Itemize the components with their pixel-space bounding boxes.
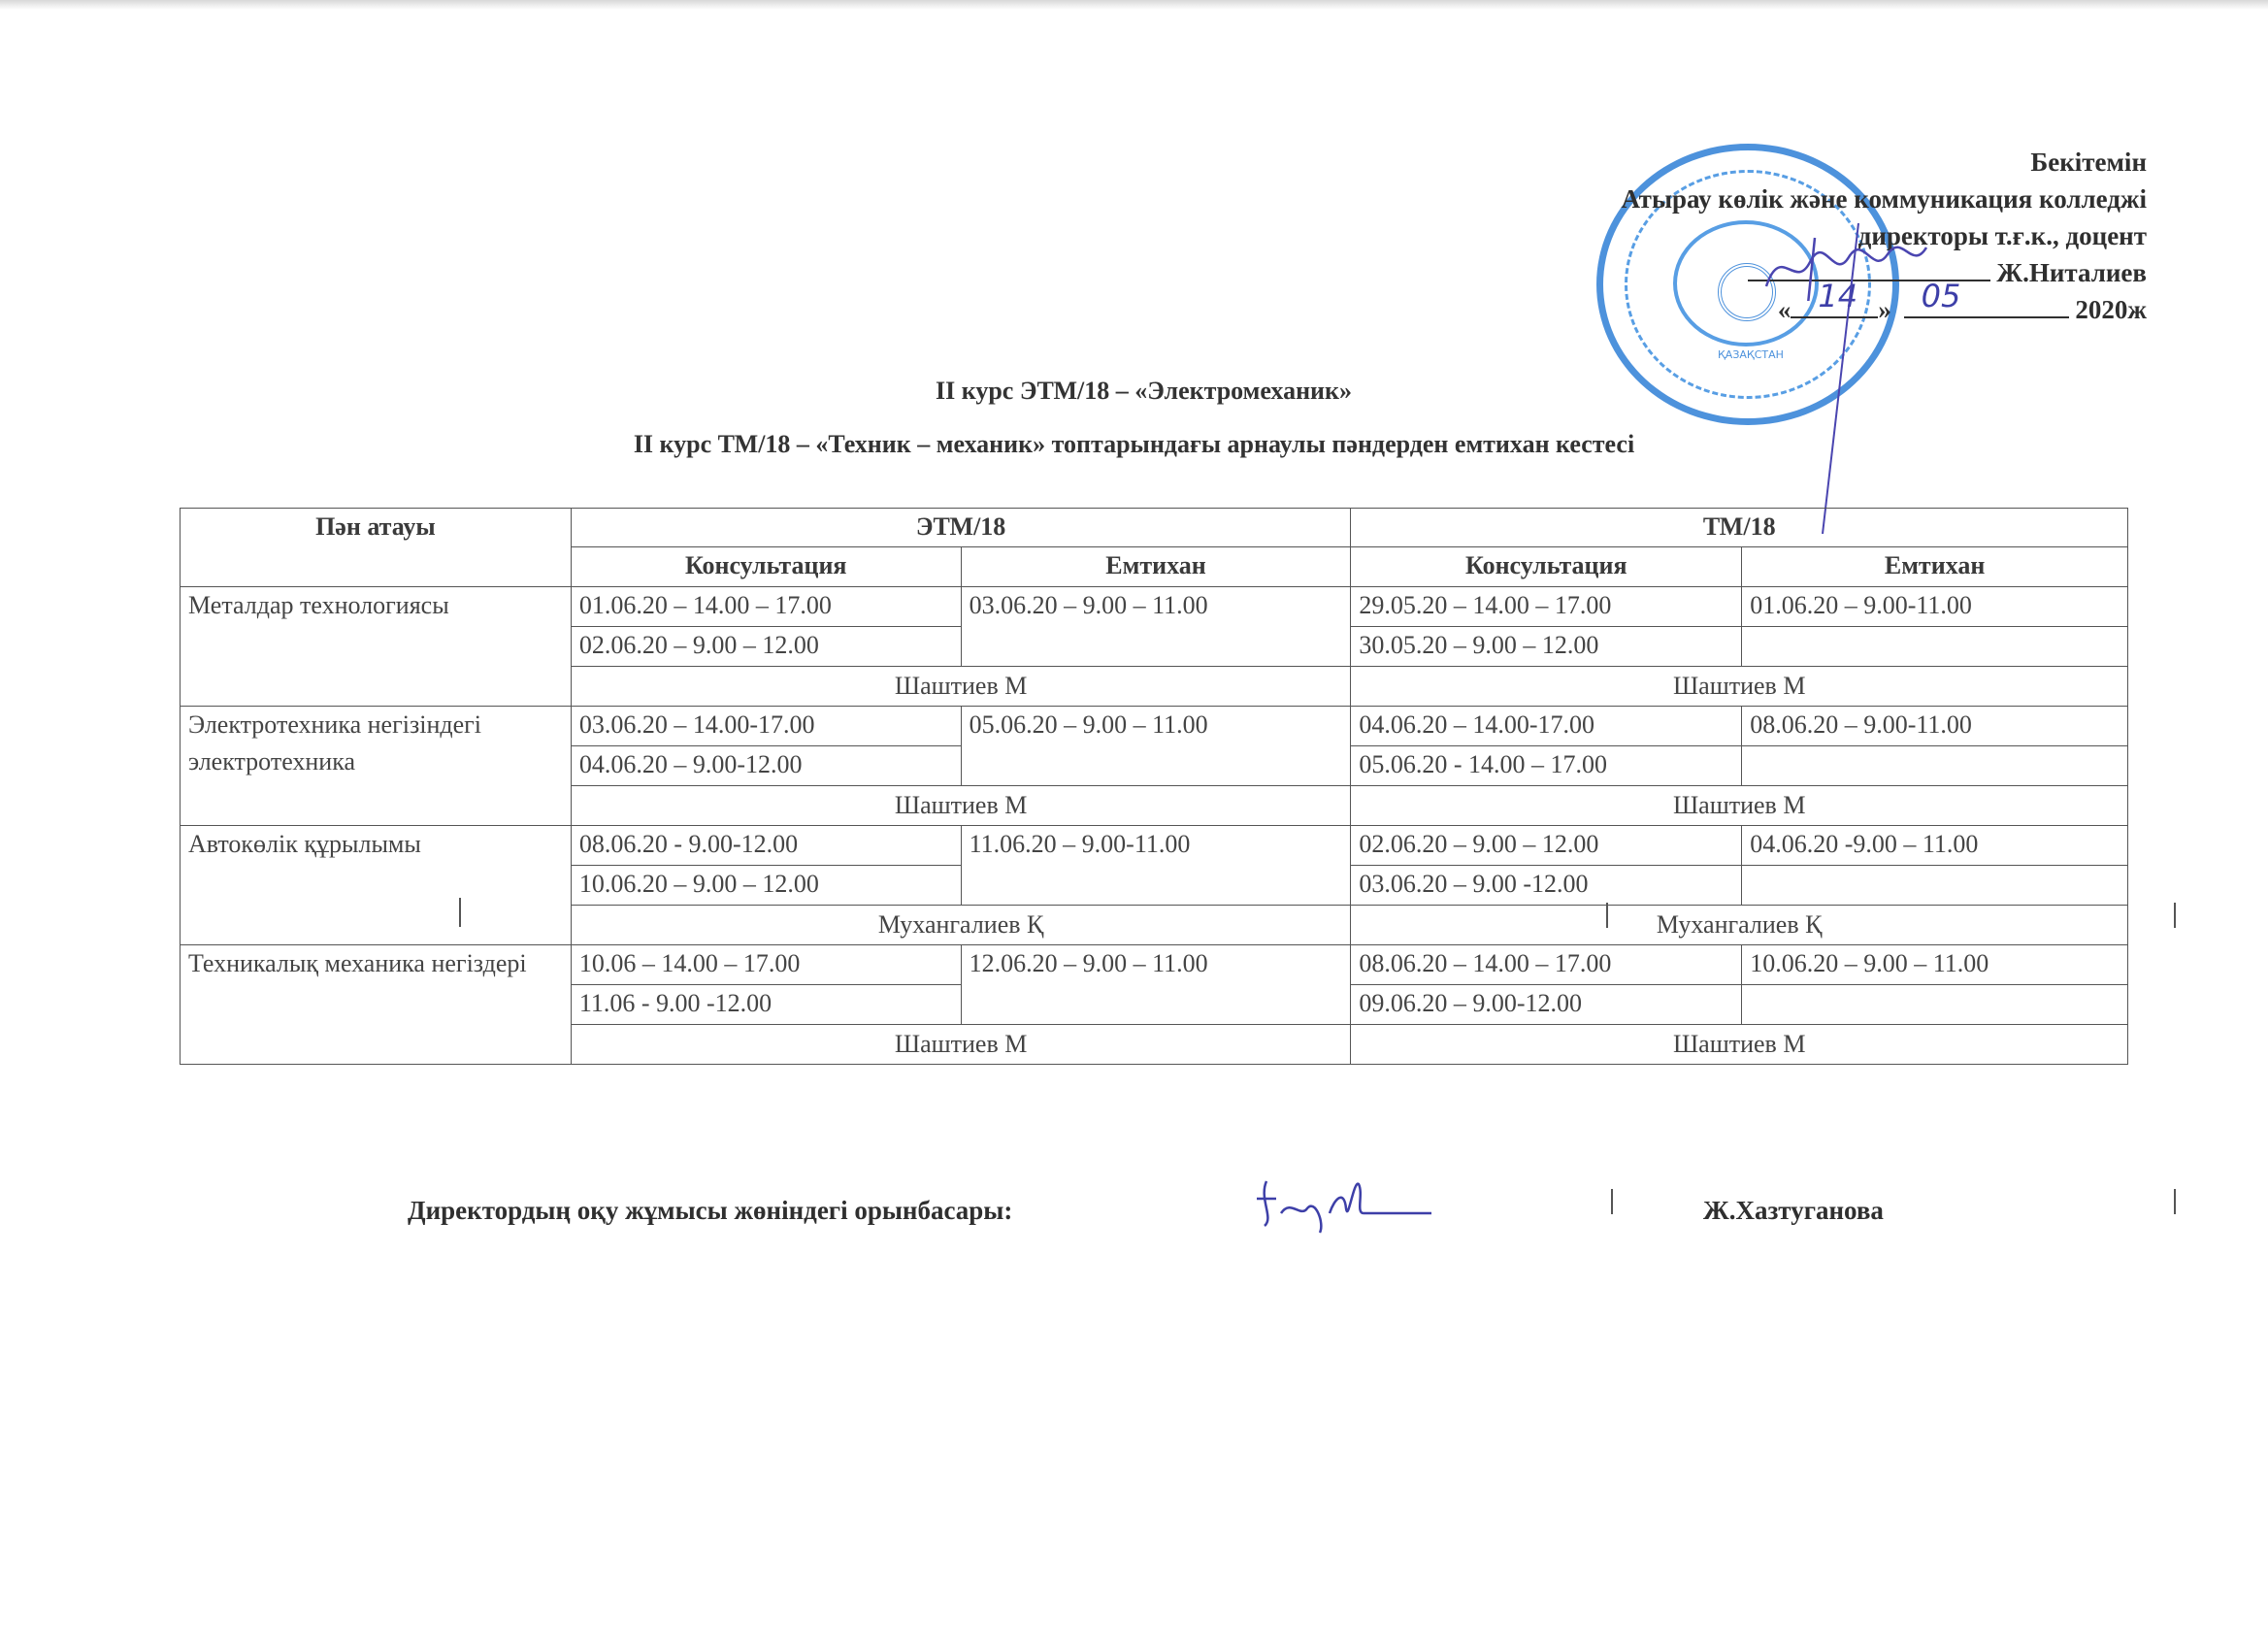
scan-mark <box>1611 1189 1613 1214</box>
scan-mark <box>2174 903 2176 928</box>
subject-name: Техникалық механика негіздері <box>181 945 572 1065</box>
exam-schedule-table: Пән атауы ЭТМ/18 ТМ/18 Консультация Емти… <box>180 508 2128 1065</box>
tm-exam-empty <box>1742 627 2128 667</box>
header-tm-exam: Емтихан <box>1742 547 2128 587</box>
etm-consultation-1: 10.06 – 14.00 – 17.00 <box>571 945 961 985</box>
subject-name: Электротехника негізіндегі электротехник… <box>181 707 572 826</box>
etm-exam: 11.06.20 – 9.00-11.00 <box>961 826 1351 906</box>
stamp-center-text: ҚАЗАҚСТАН <box>1718 348 1784 361</box>
tm-teacher: Шаштиев М <box>1351 786 2128 826</box>
tm-consultation-1: 08.06.20 – 14.00 – 17.00 <box>1351 945 1742 985</box>
etm-teacher: Мухангалиев Қ <box>571 906 1351 945</box>
etm-consultation-1: 08.06.20 - 9.00-12.00 <box>571 826 961 866</box>
subject-row: Электротехника негізіндегі электротехник… <box>181 707 2128 746</box>
etm-consultation-1: 01.06.20 – 14.00 – 17.00 <box>571 587 961 627</box>
etm-teacher: Шаштиев М <box>571 1025 1351 1065</box>
tm-teacher: Шаштиев М <box>1351 1025 2128 1065</box>
etm-exam: 05.06.20 – 9.00 – 11.00 <box>961 707 1351 786</box>
header-row-groups: Пән атауы ЭТМ/18 ТМ/18 <box>181 509 2128 547</box>
schedule-title-line2: II курс ТМ/18 – «Техник – механик» топта… <box>0 430 2268 459</box>
tm-consultation-2: 03.06.20 – 9.00 -12.00 <box>1351 866 1742 906</box>
subject-name: Автокөлік құрылымы <box>181 826 572 945</box>
tm-consultation-1: 29.05.20 – 14.00 – 17.00 <box>1351 587 1742 627</box>
etm-consultation-2: 04.06.20 – 9.00-12.00 <box>571 746 961 786</box>
tm-consultation-2: 05.06.20 - 14.00 – 17.00 <box>1351 746 1742 786</box>
tm-exam: 08.06.20 – 9.00-11.00 <box>1742 707 2128 746</box>
schedule-title-line1: II курс ЭТМ/18 – «Электромеханик» <box>0 377 2268 406</box>
tm-consultation-2: 30.05.20 – 9.00 – 12.00 <box>1351 627 1742 667</box>
tm-exam: 10.06.20 – 9.00 – 11.00 <box>1742 945 2128 985</box>
etm-consultation-2: 02.06.20 – 9.00 – 12.00 <box>571 627 961 667</box>
scan-edge <box>0 0 2268 10</box>
date-year: 2020ж <box>2075 295 2147 324</box>
scan-mark <box>2174 1189 2176 1214</box>
tm-exam-empty <box>1742 985 2128 1025</box>
header-subject: Пән атауы <box>181 509 572 587</box>
subject-row: Автокөлік құрылымы08.06.20 - 9.00-12.001… <box>181 826 2128 866</box>
tm-exam-empty <box>1742 746 2128 786</box>
deputy-label: Директордың оқу жұмысы жөніндегі орынбас… <box>408 1196 1012 1226</box>
tm-teacher: Мухангалиев Қ <box>1351 906 2128 945</box>
etm-exam: 12.06.20 – 9.00 – 11.00 <box>961 945 1351 1025</box>
deputy-signature <box>1237 1170 1441 1237</box>
tm-exam: 04.06.20 -9.00 – 11.00 <box>1742 826 2128 866</box>
scan-mark <box>459 898 461 927</box>
scan-mark <box>1606 903 1608 928</box>
deputy-name: Ж.Хазтуганова <box>1703 1196 1884 1226</box>
etm-exam: 03.06.20 – 9.00 – 11.00 <box>961 587 1351 667</box>
header-tm-consultation: Консультация <box>1351 547 1742 587</box>
etm-consultation-1: 03.06.20 – 14.00-17.00 <box>571 707 961 746</box>
tm-consultation-1: 04.06.20 – 14.00-17.00 <box>1351 707 1742 746</box>
approval-heading: Бекітемін <box>1622 144 2147 181</box>
etm-consultation-2: 10.06.20 – 9.00 – 12.00 <box>571 866 961 906</box>
tm-consultation-2: 09.06.20 – 9.00-12.00 <box>1351 985 1742 1025</box>
subject-row: Техникалық механика негіздері10.06 – 14.… <box>181 945 2128 985</box>
header-etm-exam: Емтихан <box>961 547 1351 587</box>
header-group-etm: ЭТМ/18 <box>571 509 1351 547</box>
etm-consultation-2: 11.06 - 9.00 -12.00 <box>571 985 961 1025</box>
tm-teacher: Шаштиев М <box>1351 667 2128 707</box>
etm-teacher: Шаштиев М <box>571 667 1351 707</box>
approval-org: Атырау көлік және коммуникация колледжі <box>1622 181 2147 217</box>
subject-row: Металдар технологиясы01.06.20 – 14.00 – … <box>181 587 2128 627</box>
tm-consultation-1: 02.06.20 – 9.00 – 12.00 <box>1351 826 1742 866</box>
header-etm-consultation: Консультация <box>571 547 961 587</box>
etm-teacher: Шаштиев М <box>571 786 1351 826</box>
approval-name: Ж.Ниталиев <box>1996 258 2147 287</box>
header-group-tm: ТМ/18 <box>1351 509 2128 547</box>
tm-exam-empty <box>1742 866 2128 906</box>
tm-exam: 01.06.20 – 9.00-11.00 <box>1742 587 2128 627</box>
subject-name: Металдар технологиясы <box>181 587 572 707</box>
